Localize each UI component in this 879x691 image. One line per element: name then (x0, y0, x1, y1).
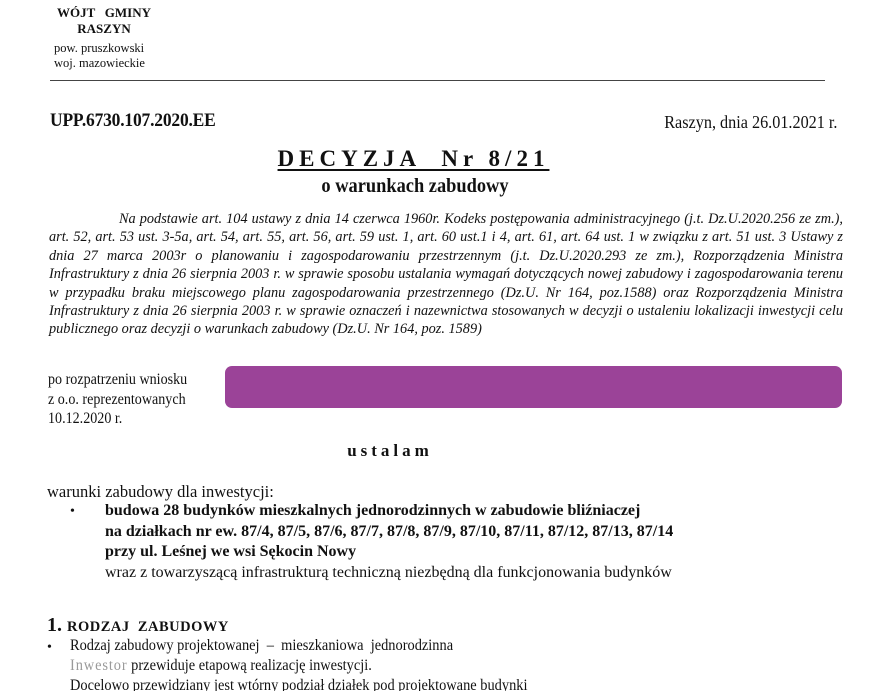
bullet-icon: • (47, 640, 52, 656)
redaction-box (225, 366, 842, 408)
section-title: RODZAJ ZABUDOWY (67, 619, 229, 635)
bullet-icon: • (70, 504, 75, 520)
reference-number: UPP.6730.107.2020.EE (50, 110, 216, 132)
smudged-word: Inwestor (70, 657, 128, 674)
document-title: DECYZJA Nr 8/21 (0, 146, 827, 172)
legal-basis-text: Na podstawie art. 104 ustawy z dnia 14 c… (49, 210, 843, 339)
section-1-line-2: Inwestor przewiduje etapową realizację i… (70, 657, 372, 675)
application-line-1: po rozpatrzeniu wniosku (48, 371, 187, 389)
section-1-heading: 1. RODZAJ ZABUDOWY (47, 614, 229, 637)
section-1-line-3: Docelowo przewidziany jest wtórny podzia… (70, 677, 527, 691)
section-number: 1. (47, 614, 62, 636)
investment-parcels: na działkach nr ew. 87/4, 87/5, 87/6, 87… (105, 523, 673, 541)
section-1-line-1: Rodzaj zabudowy projektowanej – mieszkan… (70, 637, 453, 655)
authority-title: WÓJT GMINY (54, 5, 154, 21)
investment-description: budowa 28 budynków mieszkalnych jednorod… (105, 502, 640, 520)
application-date: 10.12.2020 r. (48, 410, 122, 428)
investment-location: przy ul. Leśnej we wsi Sękocin Nowy (105, 543, 356, 561)
issuing-authority: WÓJT GMINY RASZYN (54, 5, 154, 37)
authority-region: pow. pruszkowski woj. mazowieckie (54, 41, 145, 71)
place-and-date: Raszyn, dnia 26.01.2021 r. (664, 112, 837, 133)
investment-infrastructure-note: wraz z towarzyszącą infrastrukturą techn… (105, 564, 672, 582)
document-subtitle: o warunkach zabudowy (33, 175, 797, 198)
voivodeship-label: woj. mazowieckie (54, 56, 145, 71)
section-1-line-2-text: przewiduje etapową realizację inwestycji… (128, 657, 372, 674)
conditions-intro: warunki zabudowy dla inwestycji: (47, 482, 274, 502)
legal-basis-paragraph: Na podstawie art. 104 ustawy z dnia 14 c… (49, 210, 843, 339)
authority-municipality: RASZYN (54, 21, 154, 37)
district-label: pow. pruszkowski (54, 41, 145, 56)
application-line-2: z o.o. reprezentowanych (48, 391, 186, 409)
decision-number: DECYZJA Nr 8/21 (278, 146, 550, 171)
determination-heading: ustalam (0, 441, 780, 461)
header-divider (50, 80, 825, 81)
